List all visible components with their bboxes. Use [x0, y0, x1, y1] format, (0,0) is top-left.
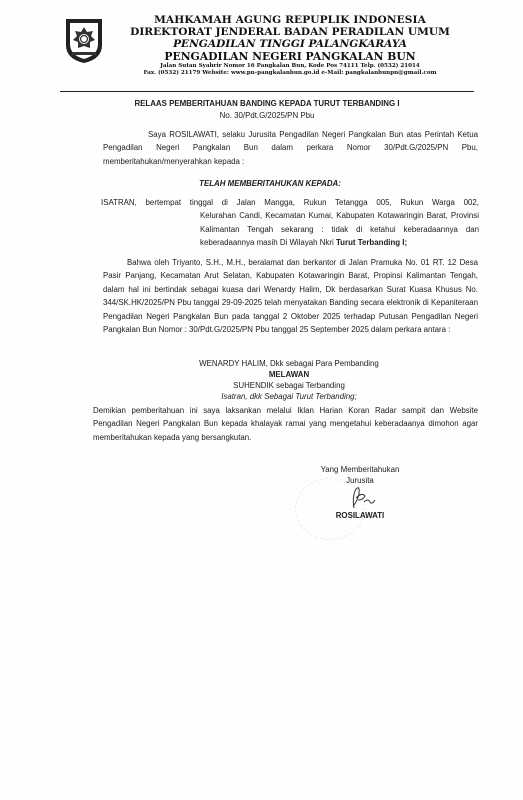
recipient-role: Turut Terbanding I; [336, 238, 407, 247]
notified-heading: TELAH MEMBERITAHUKAN KEPADA: [150, 179, 390, 188]
letterhead-divider [60, 91, 474, 92]
letterhead-contact: Fax. (0532) 21179 Website: www.pn-pangka… [100, 70, 480, 77]
letterhead-address: Jalan Sutan Syahrir Nomor 16 Pangkalan B… [100, 63, 480, 70]
letterhead-line-4: PENGADILAN NEGERI PANGKALAN BUN [100, 50, 480, 63]
handwritten-signature-icon [290, 486, 430, 510]
letterhead-line-2: DIREKTORAT JENDERAL BADAN PERADILAN UMUM [100, 26, 480, 38]
respondent-line: SUHENDIK sebagai Terbanding [100, 380, 478, 391]
opening-paragraph: Saya ROSILAWATI, selaku Jurusita Pengadi… [103, 128, 478, 168]
letterhead-line-3: PENGADILAN TINGGI PALANGKARAYA [100, 38, 480, 50]
document-title: RELAAS PEMBERITAHUAN BANDING KEPADA TURU… [60, 99, 474, 108]
letterhead-line-1: MAHKAMAH AGUNG REPUPLIK INDONESIA [100, 14, 480, 26]
signer-name: ROSILAWATI [290, 510, 430, 521]
signature-label: Yang Memberitahukan [290, 464, 430, 475]
closing-paragraph: Demikian pemberitahuan ini saya laksanka… [93, 404, 478, 444]
document-page: MAHKAMAH AGUNG REPUPLIK INDONESIA DIREKT… [0, 0, 523, 800]
signature-position: Jurusita [290, 475, 430, 486]
letterhead: MAHKAMAH AGUNG REPUPLIK INDONESIA DIREKT… [100, 14, 480, 77]
recipient-details: Kelurahan Candi, Kecamatan Kumai, Kabupa… [200, 209, 479, 249]
appellant-line: WENARDY HALIM, Dkk sebagai Para Pembandi… [100, 358, 478, 369]
versus-line: MELAWAN [100, 369, 478, 380]
signature-block: Yang Memberitahukan Jurusita ROSILAWATI [290, 464, 430, 521]
document-number: No. 30/Pdt.G/2025/PN Pbu [60, 111, 474, 120]
appeal-paragraph: Bahwa oleh Triyanto, S.H., M.H., beralam… [103, 256, 478, 336]
co-respondent-line: Isatran, dkk Sebagai Turut Terbanding; [100, 391, 478, 402]
recipient-block: ISATRAN, bertempat tinggal di Jalan Mang… [101, 196, 479, 250]
recipient-first-line: ISATRAN, bertempat tinggal di Jalan Mang… [101, 196, 479, 209]
